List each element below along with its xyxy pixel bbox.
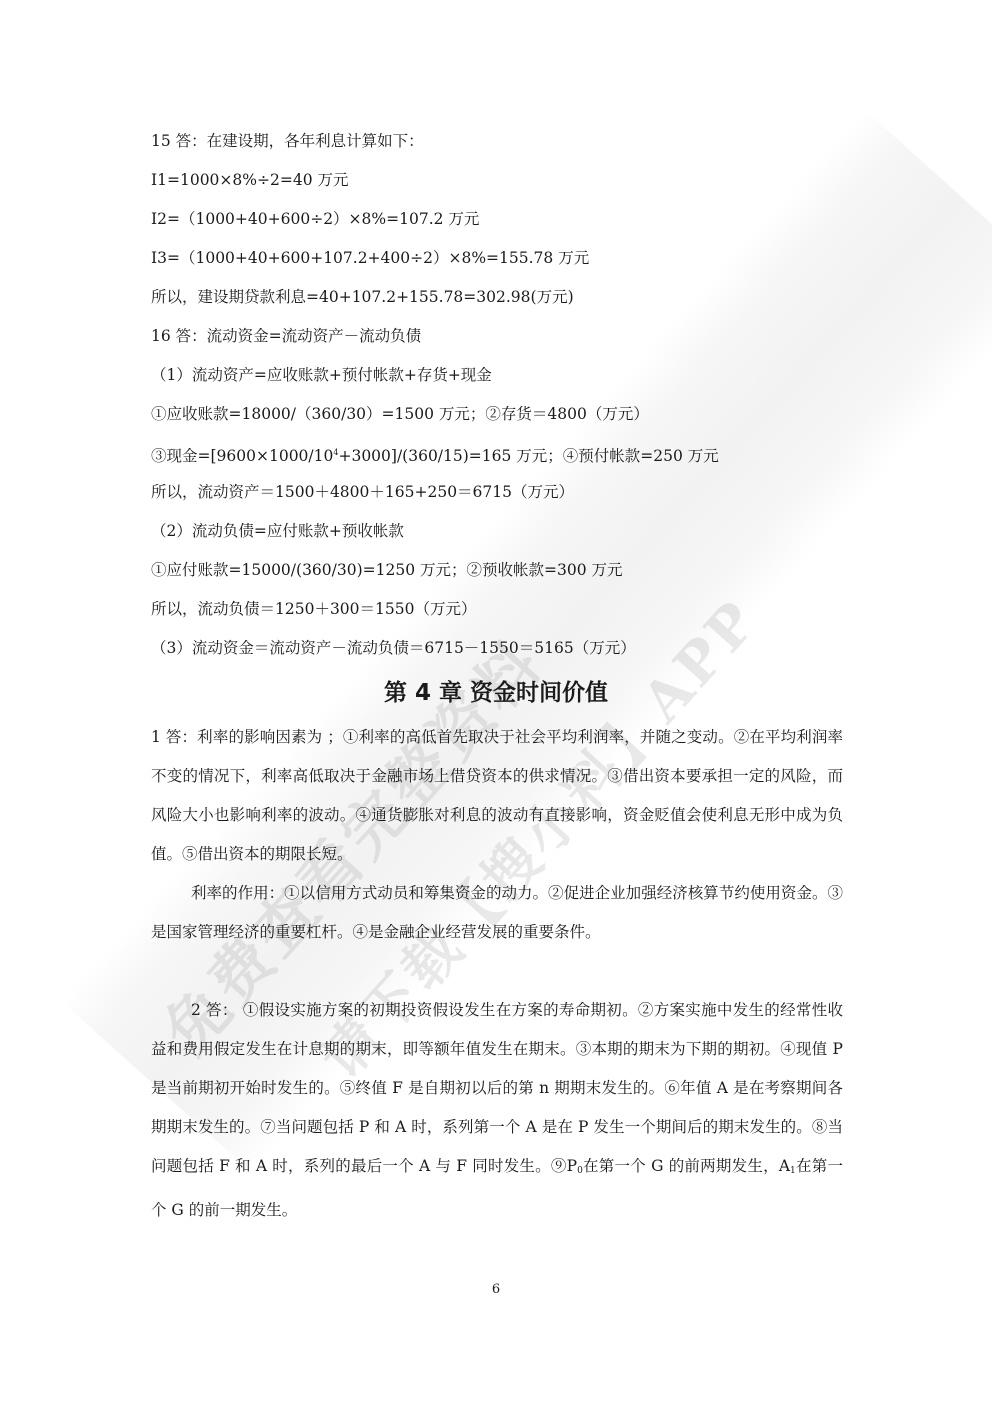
page-number: 6 <box>0 1282 992 1297</box>
q15-i1: I1=1000×8%÷2=40 万元 <box>151 170 348 190</box>
ch4-q2-paragraph: 2 答： ①假设实施方案的初期投资假设发生在方案的寿命期初。②方案实施中发生的经… <box>151 991 843 1230</box>
q16-part1-title: （1）流动资产=应收账款+预付帐款+存货+现金 <box>151 365 492 385</box>
q16-part2-total: 所以，流动负债＝1250＋300＝1550（万元） <box>151 599 476 619</box>
q16-part2-title: （2）流动负债=应付账款+预收帐款 <box>151 521 404 541</box>
ch4-q1-paragraph: 1 答：利率的影响因素为 ；①利率的高低首先取决于社会平均利润率，并随之变动。②… <box>151 718 843 874</box>
q16-part2-line1: ①应付账款=15000/(360/30)=1250 万元；②预收帐款=300 万… <box>151 560 623 580</box>
q15-i2: I2=（1000+40+600÷2）×8%=107.2 万元 <box>151 209 479 229</box>
q15-total: 所以，建设期贷款利息=40+107.2+155.78=302.98(万元) <box>151 287 574 307</box>
q15-i3: I3=（1000+40+600+107.2+400÷2）×8%=155.78 万… <box>151 248 589 268</box>
q15-intro: 15 答：在建设期，各年利息计算如下： <box>151 131 424 151</box>
ch4-q1-paragraph-2: 利率的作用：①以信用方式动员和筹集资金的动力。②促进企业加强经济核算节约使用资金… <box>151 874 843 952</box>
q16-intro: 16 答：流动资金=流动资产－流动负债 <box>151 326 421 346</box>
chapter-title: 第 4 章 资金时间价值 <box>0 676 992 710</box>
q16-part3: （3）流动资金＝流动资产－流动负债＝6715－1550＝5165（万元） <box>151 638 636 658</box>
q16-part1-line1: ①应收账款=18000/（360/30）=1500 万元；②存货＝4800（万元… <box>151 404 649 424</box>
q16-part1-line2: ③现金=[9600×1000/104+3000]/(360/15)=165 万元… <box>151 443 719 466</box>
q16-part1-total: 所以，流动资产＝1500＋4800＋165+250＝6715（万元） <box>151 482 574 502</box>
